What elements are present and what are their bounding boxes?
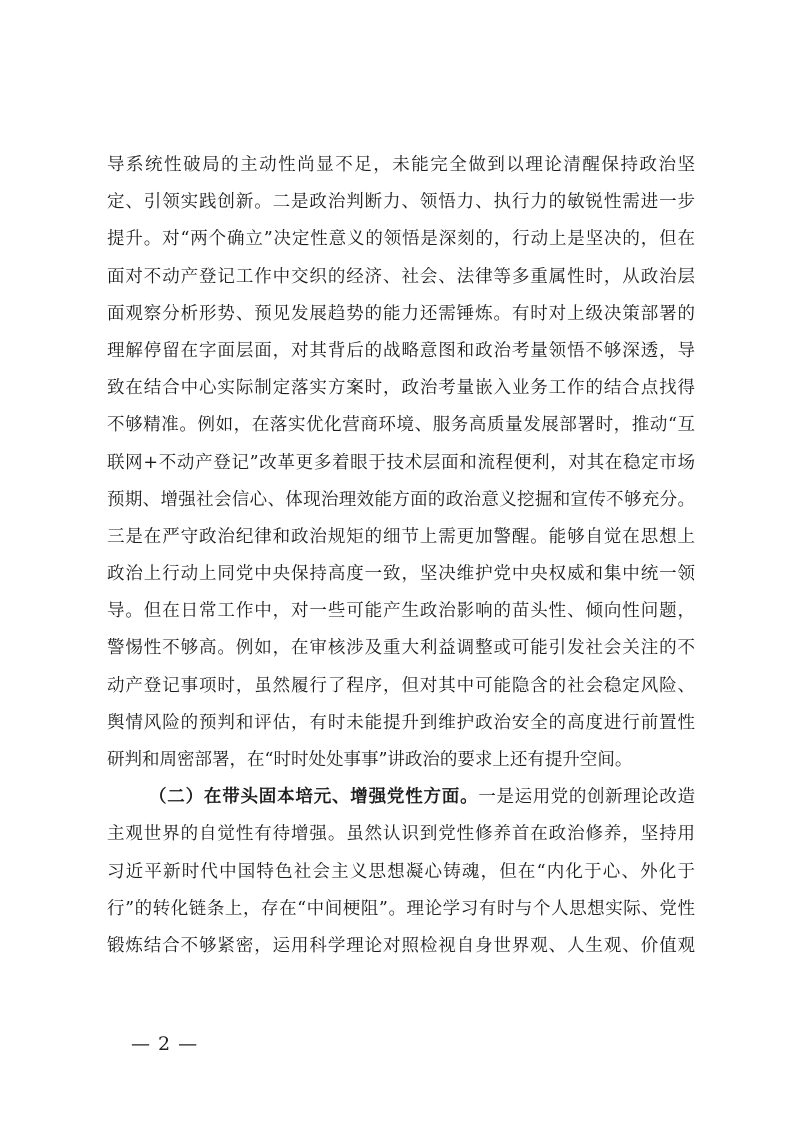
- text-line: 预期、增强社会信心、体现治理效能方面的政治意义挖掘和宣传不够充分。: [107, 482, 695, 519]
- text-line: 锻炼结合不够紧密，运用科学理论对照检视自身世界观、人生观、价值观: [107, 928, 695, 965]
- body-text: 导系统性破局的主动性尚显不足，未能完全做到以理论清醒保持政治坚 定、引领实践创新…: [107, 147, 695, 965]
- text-line: 政治上行动上同党中央保持高度一致，坚决维护党中央权威和集中统一领: [107, 556, 695, 593]
- text-line: 面观察分析形势、预见发展趋势的能力还需锤炼。有时对上级决策部署的: [107, 296, 695, 333]
- text-line: 研判和周密部署，在“时时处处事事”讲政治的要求上还有提升空间。: [107, 742, 695, 779]
- text-line: 主观世界的自觉性有待增强。虽然认识到党性修养首在政治修养，坚持用: [107, 816, 695, 853]
- text-line: 导。但在日常工作中，对一些可能产生政治影响的苗头性、倾向性问题，: [107, 593, 695, 630]
- text-line: 三是在严守政治纪律和政治规矩的细节上需更加警醒。能够自觉在思想上: [107, 519, 695, 556]
- text-span: 一是运用党的创新理论改造: [478, 787, 695, 807]
- paragraph: 导系统性破局的主动性尚显不足，未能完全做到以理论清醒保持政治坚 定、引领实践创新…: [107, 147, 695, 779]
- text-line: 导系统性破局的主动性尚显不足，未能完全做到以理论清醒保持政治坚: [107, 147, 695, 184]
- text-line: 动产登记事项时，虽然履行了程序，但对其中可能隐含的社会稳定风险、: [107, 668, 695, 705]
- paragraph: （二）在带头固本培元、增强党性方面。一是运用党的创新理论改造 主观世界的自觉性有…: [107, 779, 695, 965]
- text-line: 行”的转化链条上，存在“中间梗阻”。理论学习有时与个人思想实际、党性: [107, 891, 695, 928]
- text-line: 习近平新时代中国特色社会主义思想凝心铸魂，但在“内化于心、外化于: [107, 854, 695, 891]
- text-line: 不够精准。例如，在落实优化营商环境、服务高质量发展部署时，推动“互: [107, 407, 695, 444]
- text-line: 警惕性不够高。例如，在审核涉及重大利益调整或可能引发社会关注的不: [107, 630, 695, 667]
- page-number: — 2 —: [131, 1032, 198, 1056]
- text-line: 理解停留在字面层面，对其背后的战略意图和政治考量领悟不够深透，导: [107, 333, 695, 370]
- text-line: 面对不动产登记工作中交织的经济、社会、法律等多重属性时，从政治层: [107, 259, 695, 296]
- text-line: 舆情风险的预判和评估，有时未能提升到维护政治安全的高度进行前置性: [107, 705, 695, 742]
- text-line: （二）在带头固本培元、增强党性方面。一是运用党的创新理论改造: [107, 779, 695, 816]
- document-page: 导系统性破局的主动性尚显不足，未能完全做到以理论清醒保持政治坚 定、引领实践创新…: [0, 0, 793, 1122]
- text-line: 致在结合中心实际制定落实方案时，政治考量嵌入业务工作的结合点找得: [107, 370, 695, 407]
- section-heading: （二）在带头固本培元、增强党性方面。: [149, 787, 478, 807]
- text-line: 定、引领实践创新。二是政治判断力、领悟力、执行力的敏锐性需进一步: [107, 184, 695, 221]
- text-line: 提升。对“两个确立”决定性意义的领悟是深刻的，行动上是坚决的，但在: [107, 221, 695, 258]
- text-line: 联网+不动产登记”改革更多着眼于技术层面和流程便利，对其在稳定市场: [107, 445, 695, 482]
